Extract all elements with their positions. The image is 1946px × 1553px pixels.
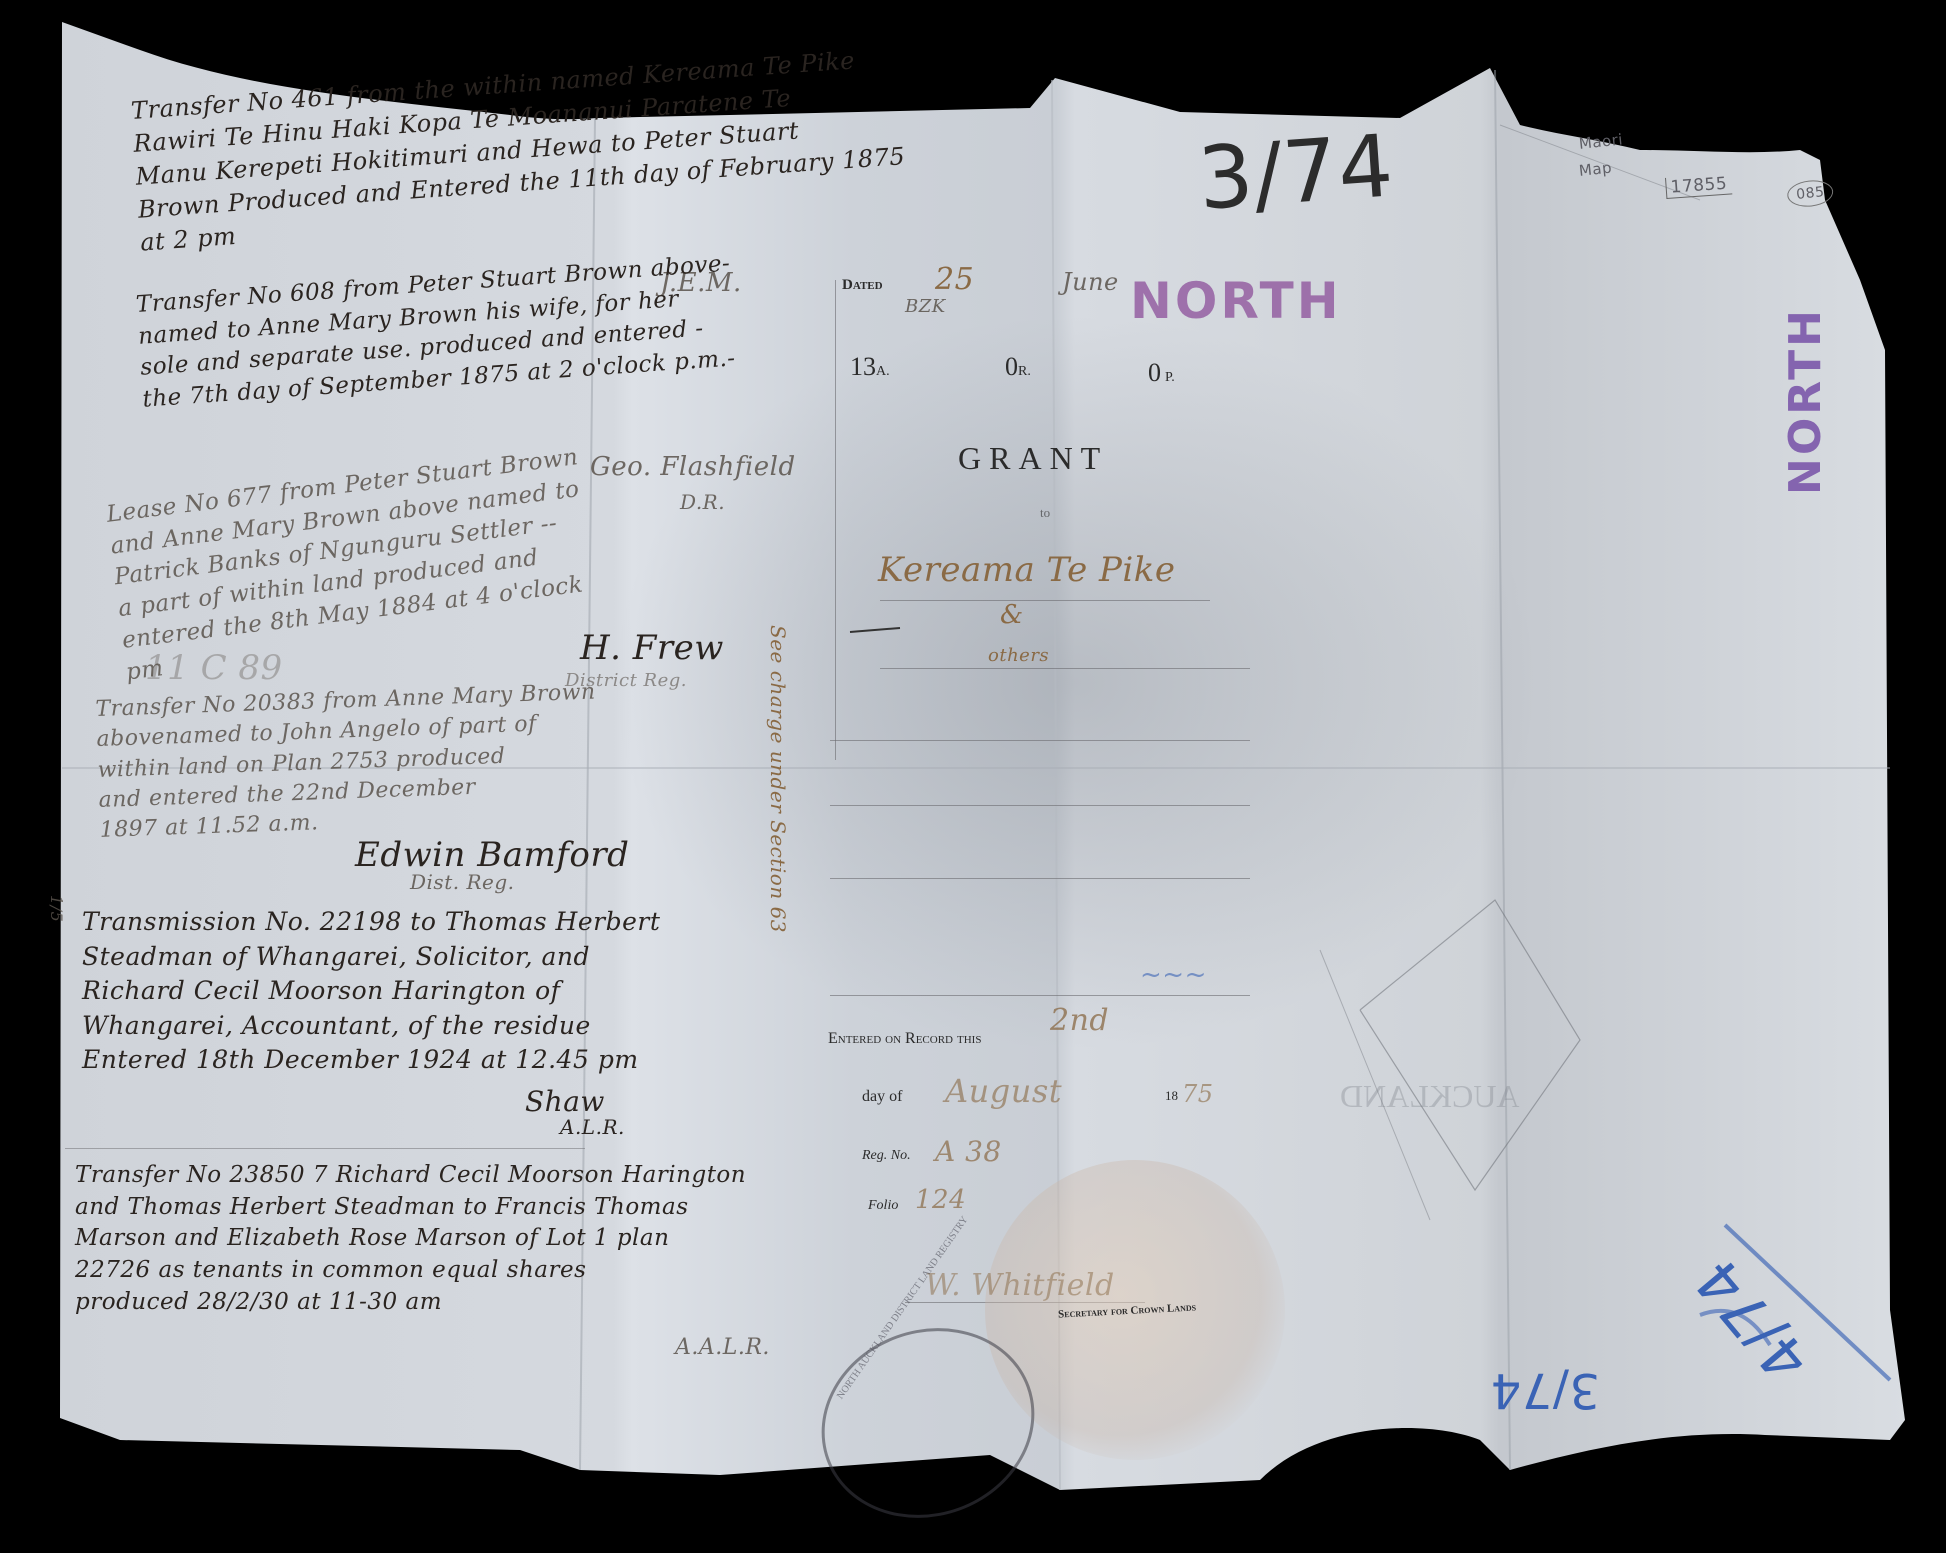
area-roods: 0R. (1005, 352, 1031, 382)
endorsement-signature: Edwin Bamford (355, 835, 629, 875)
secretary-signature: W. Whitfield (925, 1268, 1115, 1303)
endorsement-line: Richard Cecil Moorson Harington of (82, 974, 660, 1009)
endorsement-signature-sub: Dist. Reg. (410, 870, 515, 894)
day-of-label: day of (862, 1088, 902, 1106)
folio-value: 124 (915, 1185, 966, 1215)
grantee-rule (880, 600, 1210, 601)
faded-auckland-stamp: AUCKLAND (1340, 1078, 1520, 1115)
area-perches: 0P. (1148, 358, 1175, 388)
dated-value: 25 (935, 262, 974, 297)
area-perches-unit: P. (1165, 370, 1175, 385)
area-acres: 13A. (850, 352, 890, 382)
dated-label: Dated (842, 277, 883, 294)
endorsement-signature: Geo. Flashfield (590, 452, 796, 482)
entered-month: August (945, 1072, 1062, 1110)
north-stamp-horizontal: NORTH (1130, 272, 1342, 330)
form-rule-4 (830, 995, 1250, 996)
entered-day: 2nd (1050, 1003, 1109, 1038)
margin-note-section-63: See charge under Section 63 (766, 625, 790, 933)
year-prefix: 18 (1165, 1088, 1178, 1104)
endorsement-divider (65, 1148, 585, 1149)
reg-label: Reg. No. (862, 1148, 911, 1164)
area-roods-unit: R. (1018, 364, 1031, 379)
dated-suffix: June (1062, 268, 1119, 296)
endorsement-line: Transmission No. 22198 to Thomas Herbert (82, 905, 660, 940)
others-rule (880, 668, 1250, 669)
north-stamp-vertical: NORTH (1780, 307, 1831, 495)
endorsement-signature: H. Frew (580, 628, 724, 668)
blue-smudge: ~~~ (1140, 960, 1207, 990)
folio-label: Folio (868, 1198, 898, 1214)
area-acres-unit: A. (876, 364, 890, 379)
entered-label: Entered on Record this (828, 1030, 981, 1048)
endorsement-signature: A.A.L.R. (675, 1335, 770, 1360)
area-acres-value: 13 (850, 352, 876, 381)
file-number: 3/74 (1195, 116, 1397, 229)
endorsement-signature-sub: D.R. (680, 490, 725, 514)
area-roods-value: 0 (1005, 352, 1018, 381)
grant-title: GRANT (958, 440, 1108, 477)
endorsement-line: Marson and Elizabeth Rose Marson of Lot … (75, 1223, 746, 1255)
form-rule-1 (830, 740, 1250, 741)
endorsement-line: 22726 as tenants in common equal shares (75, 1255, 746, 1287)
endorsement-line: Entered 18th December 1924 at 12.45 pm (82, 1043, 660, 1078)
endorsement-signature-sub: A.L.R. (560, 1115, 625, 1139)
pencil-note-map: Map (1578, 159, 1613, 180)
dated-sub: BZK (905, 296, 946, 317)
endorsement-transfer-20383: Transfer No 20383 from Anne Mary Brown a… (95, 678, 600, 847)
form-rule-2 (830, 805, 1250, 806)
year-value: 75 (1182, 1080, 1214, 1108)
endorsement-line: Whangarei, Accountant, of the residue (82, 1009, 660, 1044)
endorsement-signature: Shaw (525, 1085, 605, 1118)
grantee-name: Kereama Te Pike (878, 550, 1176, 590)
endorsement-transmission-22198: Transmission No. 22198 to Thomas Herbert… (82, 905, 660, 1078)
to-label: to (1040, 505, 1050, 521)
grantee-others: others (988, 645, 1049, 666)
endorsement-transfer-238507: Transfer No 23850 7 Richard Cecil Moorso… (75, 1160, 746, 1319)
area-perches-value: 0 (1148, 358, 1161, 387)
reg-value: A 38 (935, 1135, 1002, 1168)
form-rule-3 (830, 878, 1250, 879)
endorsement-margin-ref: 11 C 89 (145, 648, 283, 688)
endorsement-line: and Thomas Herbert Steadman to Francis T… (75, 1192, 746, 1224)
endorsement-line: Steadman of Whangarei, Solicitor, and (82, 940, 660, 975)
endorsement-line: Transfer No 23850 7 Richard Cecil Moorso… (75, 1160, 746, 1192)
blue-fraction-note: 3/74 (1490, 1362, 1600, 1418)
form-left-rule (835, 280, 836, 760)
document-sheet: 3/74 NORTH NORTH Maori Map 17855 085 Dat… (0, 0, 1946, 1553)
grantee-and: & (1000, 600, 1024, 630)
endorsement-line: produced 28/2/30 at 11-30 am (75, 1287, 746, 1319)
endorsement-margin-ref: 1/5 (47, 895, 66, 922)
